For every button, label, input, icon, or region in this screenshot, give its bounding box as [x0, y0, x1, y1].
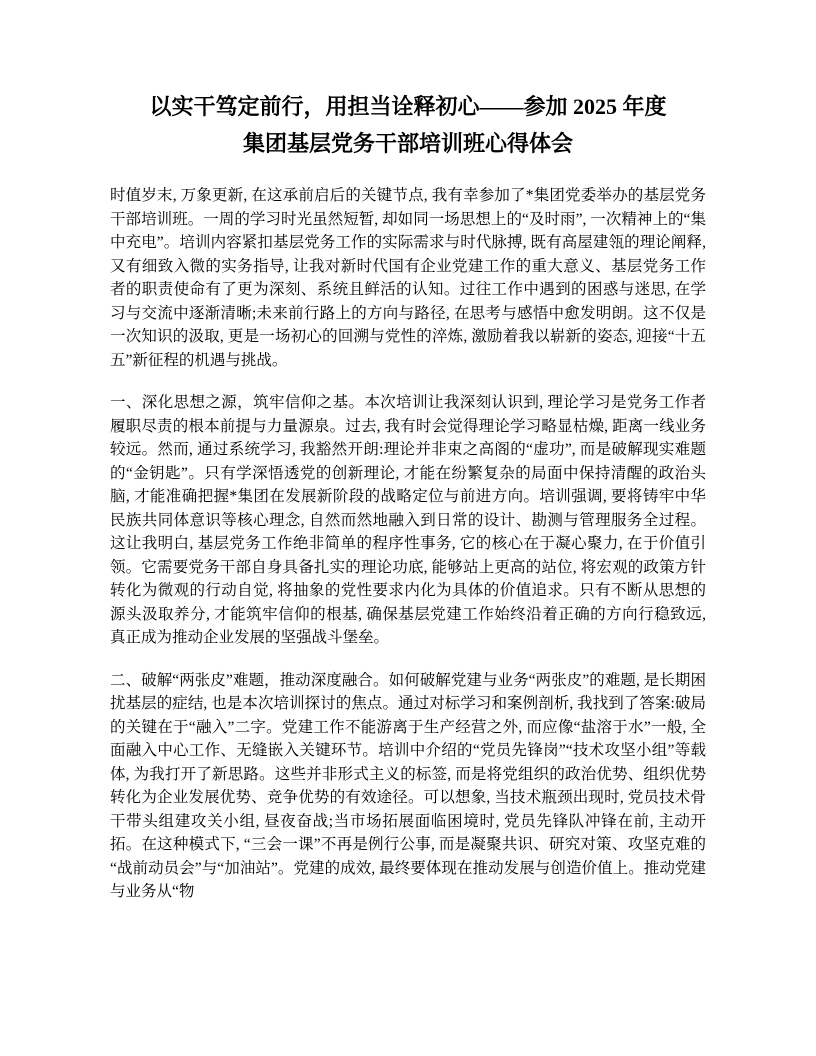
document-page: 以实干笃定前行，用担当诠释初心——参加 2025 年度 集团基层党务干部培训班心… — [0, 0, 816, 1056]
paragraph-section-2: 二、破解“两张皮”难题，推动深度融合。如何破解党建与业务“两张皮”的难题, 是长… — [110, 669, 706, 904]
paragraph-intro: 时值岁末, 万象更新, 在这承前启后的关键节点, 我有幸参加了*集团党委举办的基… — [110, 184, 706, 372]
document-title-line-2: 集团基层党务干部培训班心得体会 — [110, 125, 706, 162]
document-title: 以实干笃定前行，用担当诠释初心——参加 2025 年度 集团基层党务干部培训班心… — [110, 88, 706, 162]
paragraph-text: 如何破解党建与业务“两张皮”的难题, 是长期困扰基层的症结, 也是本次培训探讨的… — [110, 672, 706, 901]
section-heading: 二、破解“两张皮”难题，推动深度融合。 — [110, 672, 389, 689]
section-heading: 一、深化思想之源，筑牢信仰之基。 — [110, 394, 364, 411]
paragraph-section-1: 一、深化思想之源，筑牢信仰之基。本次培训让我深刻认识到, 理论学习是党务工作者履… — [110, 391, 706, 650]
document-title-line-1: 以实干笃定前行，用担当诠释初心——参加 2025 年度 — [110, 88, 706, 125]
paragraph-text: 时值岁末, 万象更新, 在这承前启后的关键节点, 我有幸参加了*集团党委举办的基… — [110, 187, 706, 369]
paragraph-text: 本次培训让我深刻认识到, 理论学习是党务工作者履职尽责的根本前提与力量源泉。过去… — [110, 394, 706, 646]
